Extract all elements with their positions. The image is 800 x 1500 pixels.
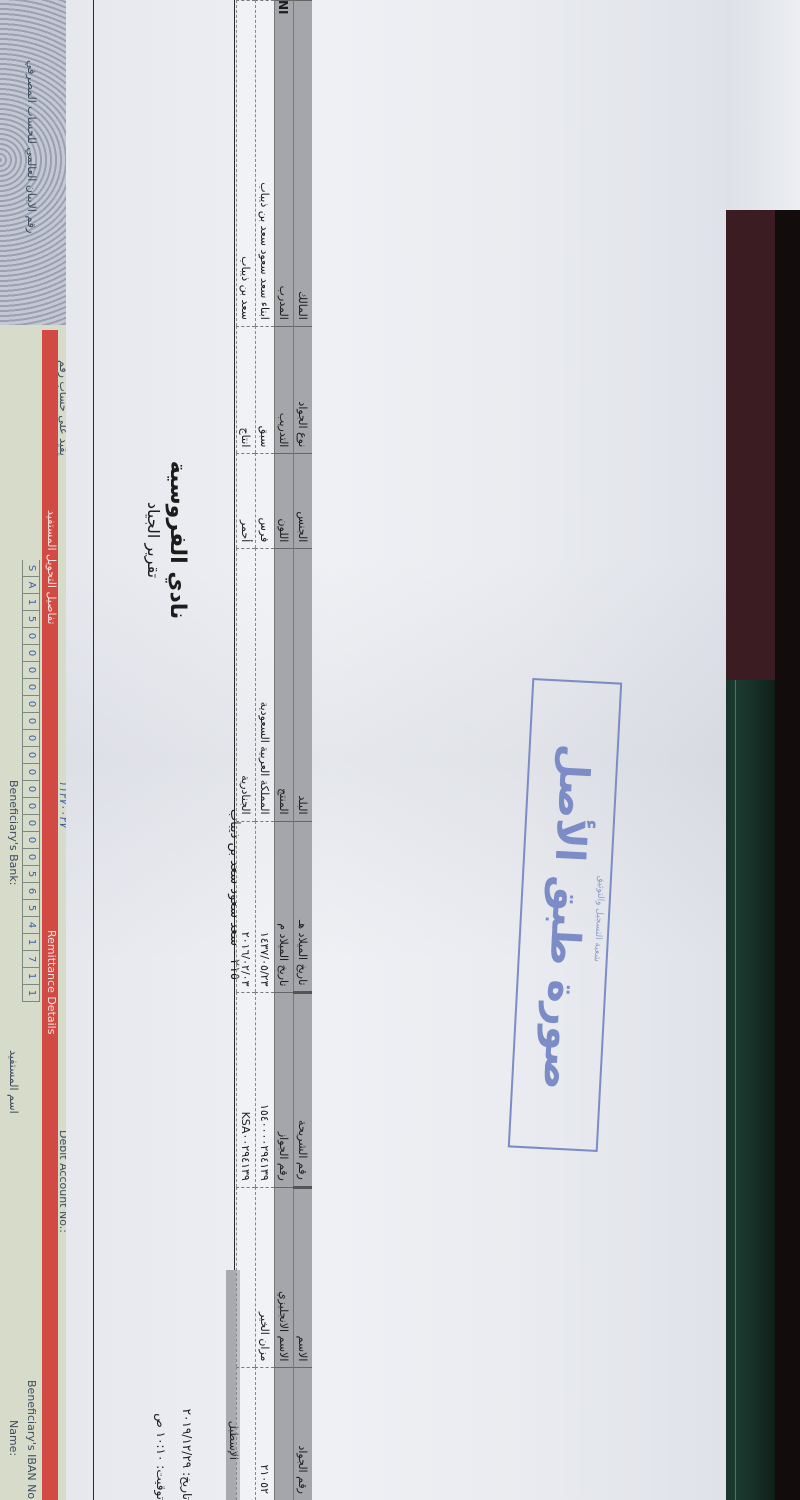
column-subheader: الاسم الانجليزي <box>275 1187 294 1368</box>
iban-digit-box[interactable]: 7 <box>22 951 40 968</box>
iban-digit-box[interactable]: 0 <box>22 815 40 832</box>
table-row: ٢١٠٥٢مزان الخير١٥٤٠٠٠٠٢٩٤١٣٩١٤٣٧/٠٥/٢٣ال… <box>256 1 275 1500</box>
table-cell: سبق <box>256 326 275 454</box>
table-cell: سعد بن ذيباب <box>237 1 256 327</box>
iban-digit-box[interactable]: 6 <box>22 883 40 900</box>
column-header: البلد <box>294 549 313 821</box>
iban-digit-box[interactable]: 0 <box>22 696 40 713</box>
column-subheader: المدرب <box>275 1 294 327</box>
remittance-title-ar: تفاصيل التحويل المستفيد <box>45 510 58 624</box>
iban-digit-box[interactable]: 0 <box>22 679 40 696</box>
column-header: رقم الشريحة <box>294 993 313 1187</box>
table-cell: مزان الخير <box>256 1187 275 1368</box>
table-cell: ٢١٠٥٢ <box>256 1368 275 1500</box>
table-cell: فرس <box>256 454 275 549</box>
background-dark-area <box>775 210 800 1500</box>
column-header: تاريخ الميلاد هـ <box>294 821 313 993</box>
column-subheader <box>275 1368 294 1500</box>
table-header-row-top: رقم الجوادالاسمرقم الشريحةتاريخ الميلاد … <box>294 1 313 1500</box>
column-subheader: المنتج <box>275 549 294 821</box>
table-cell: أحمر <box>237 454 256 549</box>
remittance-title-en: Remittance Details <box>45 930 58 1034</box>
club-name: نادي الفروسية <box>165 330 190 750</box>
table-cell: KSA٠٠٢٩٤١٣٩ <box>237 993 256 1187</box>
date-value: ٢٠١٩/١٢/٢٩ <box>180 1409 194 1469</box>
iban-digit-box[interactable]: 0 <box>22 730 40 747</box>
table-cell: ٢٠١٦/٠٢/٠٣ <box>237 821 256 993</box>
column-subheader: التدريب <box>275 326 294 454</box>
horses-table: رقم الجوادالاسمرقم الشريحةتاريخ الميلاد … <box>236 0 312 1500</box>
report-meta: تاريخ: ٢٠١٩/١٢/٢٩ توقيت: ١٠:١٠ ص <box>148 1409 200 1500</box>
table-row: KSA٠٠٢٩٤١٣٩٢٠١٦/٠٢/٠٣الجنادريةأحمرانتاجس… <box>237 1 256 1500</box>
beneficiary-bank-label: Beneficiary's Bank: <box>7 780 20 885</box>
name-label-ar: اسم المستفيد <box>7 1050 20 1114</box>
iban-digit-box[interactable]: 0 <box>22 662 40 679</box>
iban-digit-box[interactable]: 5 <box>22 611 40 628</box>
column-subheader: رقم الجواز <box>275 993 294 1187</box>
iban-digit-box[interactable]: 0 <box>22 747 40 764</box>
column-subheader: اللون <box>275 454 294 549</box>
iban-digit-box[interactable]: 0 <box>22 628 40 645</box>
iban-digit-box[interactable]: A <box>22 577 40 594</box>
table-header-row-bottom: الاسم الانجليزيرقم الجوازتاريخ الميلاد م… <box>275 1 294 1500</box>
table-cell: ١٥٤٠٠٠٠٢٩٤١٣٩ <box>256 993 275 1187</box>
remittance-section-header: Remittance Details تفاصيل التحويل المستف… <box>42 330 58 1500</box>
frame-line-top <box>93 0 94 1500</box>
iban-digit-box[interactable]: 0 <box>22 832 40 849</box>
table-cell <box>237 1187 256 1368</box>
iban-digit-box[interactable]: 0 <box>22 849 40 866</box>
iban-digit-box[interactable]: 4 <box>22 917 40 934</box>
report-title-block: نادي الفروسية تقرير الجياد <box>144 330 190 750</box>
table-cell: ١٤٣٧/٠٥/٢٣ <box>256 821 275 993</box>
iban-digit-box[interactable]: 1 <box>22 968 40 985</box>
time-label: توقيت <box>154 1469 168 1500</box>
iban-digit-box[interactable]: 0 <box>22 781 40 798</box>
overflow-text: NI <box>276 0 290 15</box>
iban-label-ar: رقم الايبان العالمي للحساب المصرفي <box>25 60 38 233</box>
column-header: نوع الجواد <box>294 326 313 454</box>
table-cell: ابناء سعد سعود سعد بن ذيباب <box>256 1 275 327</box>
date-label: تاريخ <box>180 1476 194 1500</box>
horse-report-document: تاريخ: ٢٠١٩/١٢/٢٩ توقيت: ١٠:١٠ ص نادي ال… <box>60 0 760 1500</box>
iban-field[interactable]: SA150000000000000056541711 <box>24 560 40 1002</box>
name-label: Name: <box>7 1420 20 1456</box>
iban-digit-box[interactable]: 5 <box>22 900 40 917</box>
column-header: الاسم <box>294 1187 313 1368</box>
iban-digit-box[interactable]: 0 <box>22 713 40 730</box>
column-header: الجنس <box>294 454 313 549</box>
iban-digit-box[interactable]: 0 <box>22 798 40 815</box>
table-cell: الجنادرية <box>237 549 256 821</box>
iban-label: Beneficiary's IBAN No.: <box>25 1380 38 1500</box>
iban-digit-box[interactable]: 1 <box>22 934 40 951</box>
time-value: ١٠:١٠ ص <box>154 1413 168 1461</box>
iban-digit-box[interactable]: 1 <box>22 594 40 611</box>
column-header: المالك <box>294 1 313 327</box>
column-header: رقم الجواد <box>294 1368 313 1500</box>
report-title: تقرير الجياد <box>144 330 163 750</box>
iban-digit-box[interactable]: 0 <box>22 645 40 662</box>
table-cell: انتاج <box>237 326 256 454</box>
iban-digit-box[interactable]: 1 <box>22 985 40 1002</box>
iban-digit-box[interactable]: 5 <box>22 866 40 883</box>
iban-digit-box[interactable]: 0 <box>22 764 40 781</box>
iban-digit-box[interactable]: S <box>22 560 40 577</box>
table-cell: المملكة العربية السعودية <box>256 549 275 821</box>
table-cell <box>237 1368 256 1500</box>
column-subheader: تاريخ الميلاد م <box>275 821 294 993</box>
